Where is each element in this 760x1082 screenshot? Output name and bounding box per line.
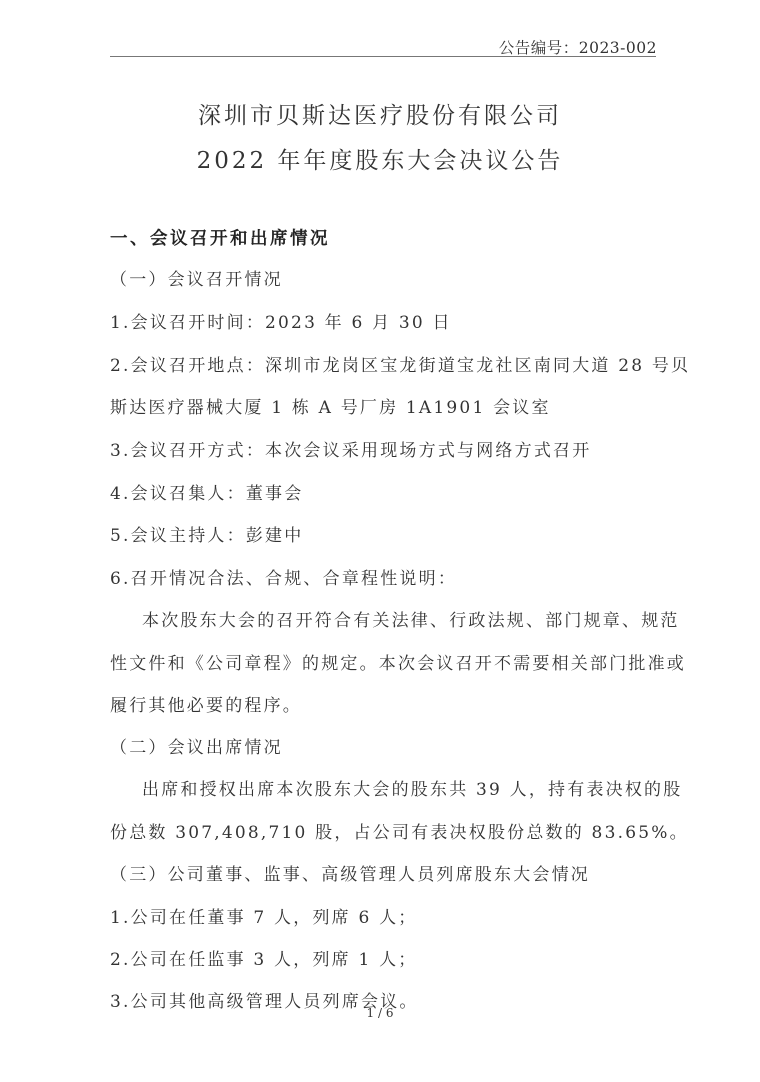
subsection-heading-2: （二）会议出席情况	[110, 733, 655, 758]
subsection-heading-3: （三）公司董事、监事、高级管理人员列席股东大会情况	[110, 860, 655, 885]
legality-paragraph-line: 履行其他必要的程序。	[110, 691, 655, 716]
meeting-method: 3.会议召开方式：本次会议采用现场方式与网络方式召开	[110, 436, 655, 461]
meeting-time: 1.会议召开时间：2023 年 6 月 30 日	[110, 308, 655, 333]
legality-paragraph-line: 性文件和《公司章程》的规定。本次会议召开不需要相关部门批准或	[110, 649, 655, 674]
section-heading-1: 一、会议召开和出席情况	[110, 225, 655, 250]
meeting-host: 5.会议主持人：彭建中	[110, 521, 655, 546]
legality-paragraph-line: 本次股东大会的召开符合有关法律、行政法规、部门规章、规范	[142, 606, 687, 631]
attendance-paragraph-line: 出席和授权出席本次股东大会的股东共 39 人，持有表决权的股	[142, 775, 687, 800]
attendance-paragraph-line: 份总数 307,408,710 股，占公司有表决权股份总数的 83.65%。	[110, 818, 655, 843]
announcement-number: 公告编号：2023-002	[499, 36, 657, 58]
company-title: 深圳市贝斯达医疗股份有限公司	[0, 97, 760, 130]
document-page: 公告编号：2023-002 深圳市贝斯达医疗股份有限公司 2022 年年度股东大…	[0, 0, 760, 1082]
legality-heading: 6.召开情况合法、合规、合章程性说明：	[110, 564, 655, 589]
header-divider	[110, 56, 656, 57]
directors-attendance: 1.公司在任董事 7 人，列席 6 人；	[110, 903, 655, 928]
meeting-location-cont: 斯达医疗器械大厦 1 栋 A 号厂房 1A1901 会议室	[110, 393, 655, 418]
page-number: 1 / 6	[0, 1006, 760, 1020]
document-title: 2022 年年度股东大会决议公告	[0, 142, 760, 175]
meeting-convener: 4.会议召集人：董事会	[110, 479, 655, 504]
subsection-heading-1: （一）会议召开情况	[110, 265, 655, 290]
meeting-location: 2.会议召开地点：深圳市龙岗区宝龙街道宝龙社区南同大道 28 号贝	[110, 351, 655, 376]
supervisors-attendance: 2.公司在任监事 3 人，列席 1 人；	[110, 945, 655, 970]
